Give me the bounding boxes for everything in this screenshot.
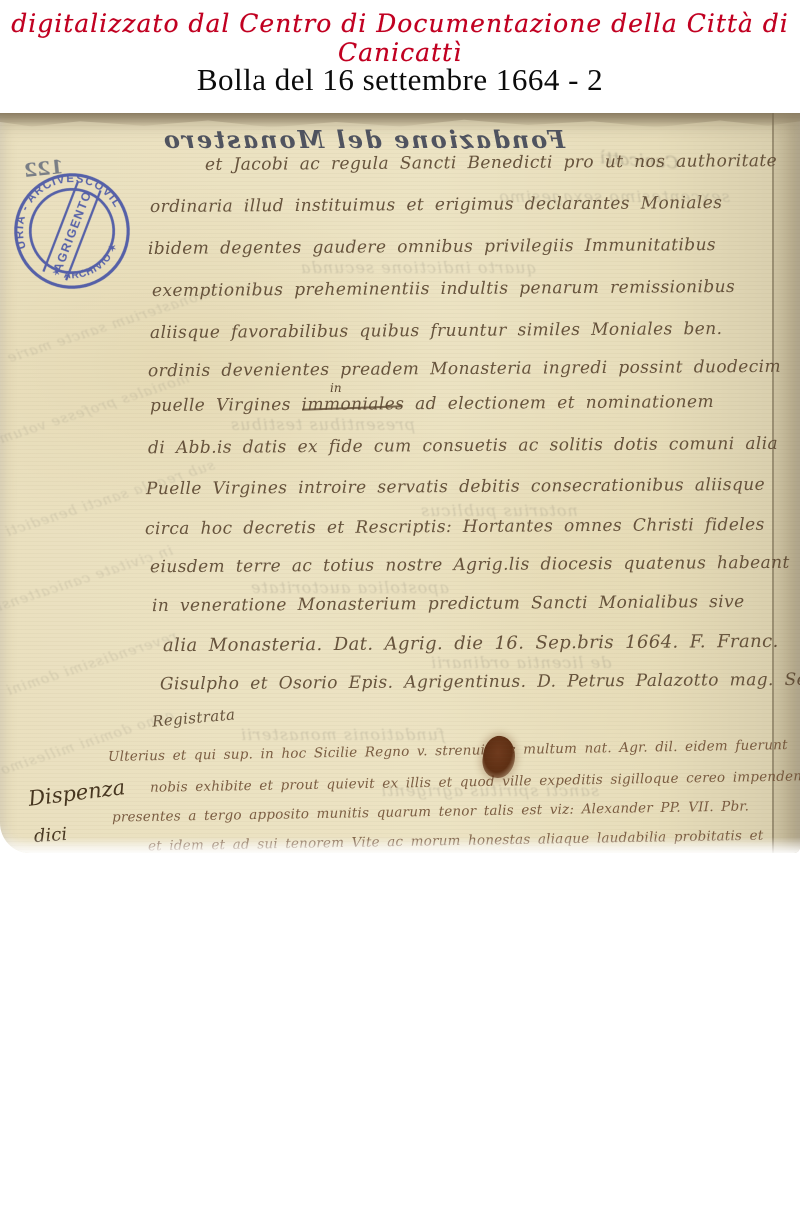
interlinear-insertion: in <box>330 381 342 395</box>
ghost-fragment: anno domini millesimo <box>0 707 176 778</box>
manuscript-line: Gisulpho et Osorio Epis. Agrigentinus. D… <box>160 670 800 695</box>
manuscript-scan: Fondazione del Monastero 122 Canicattì m… <box>0 113 800 853</box>
page-title: Bolla del 16 settembre 1664 - 2 <box>0 62 800 98</box>
scan-bottom-edge <box>0 837 800 853</box>
manuscript-line: ordinaria illud instituimus et erigimus … <box>150 193 722 217</box>
manuscript-line: exemptionibus preheminentiis indultis pe… <box>152 277 735 301</box>
ghost-fragment: in civitate canicattensi <box>0 543 175 615</box>
manuscript-line: ibidem degentes gaudere omnibus privileg… <box>148 235 716 259</box>
manuscript-lower-line: Ulterius et qui sup. in hoc Sicilie Regn… <box>108 737 788 765</box>
manuscript-line: di Abb.is datis ex fide cum consuetis ac… <box>148 434 778 458</box>
ghost-fragment: reverendissimi domini <box>4 629 179 700</box>
manuscript-line: Puelle Virgines introire servatis debiti… <box>146 475 765 499</box>
manuscript-line: aliisque favorabilibus quibus fruuntur s… <box>150 319 723 343</box>
manuscript-line: puelle Virgines immoniales ad electionem… <box>150 392 714 416</box>
ghost-title-showthrough: Fondazione del Monastero <box>195 125 565 154</box>
page: digitalizzato dal Centro di Documentazio… <box>0 0 800 1220</box>
margin-note-dispenza: Dispenza <box>27 775 127 811</box>
manuscript-date-line: alia Monasteria. Dat. Agrig. die 16. Sep… <box>163 631 779 656</box>
manuscript-line: circa hoc decretis et Rescriptis: Hortan… <box>145 515 765 539</box>
ghost-fragment: presentibus testibus <box>230 415 415 434</box>
manuscript-line: in veneratione Monasterium predictum San… <box>152 592 745 616</box>
manuscript-lower-line: presentes a tergo apposito munitis quaru… <box>112 798 749 825</box>
ghost-fragment: fundationis monasterii <box>240 725 445 744</box>
ghost-fragment: quarto indictione secunda <box>300 258 537 277</box>
manuscript-line: et Jacobi ac regula Sancti Benedicti pro… <box>205 151 777 175</box>
manuscript-line: eiusdem terre ac totius nostre Agrig.lis… <box>150 553 790 577</box>
manuscript-line: ordinis devenientes preadem Monasteria i… <box>148 357 781 381</box>
digitization-credit-line: digitalizzato dal Centro di Documentazio… <box>0 9 800 67</box>
ghost-fragment: de licentia ordinarii <box>430 653 611 672</box>
